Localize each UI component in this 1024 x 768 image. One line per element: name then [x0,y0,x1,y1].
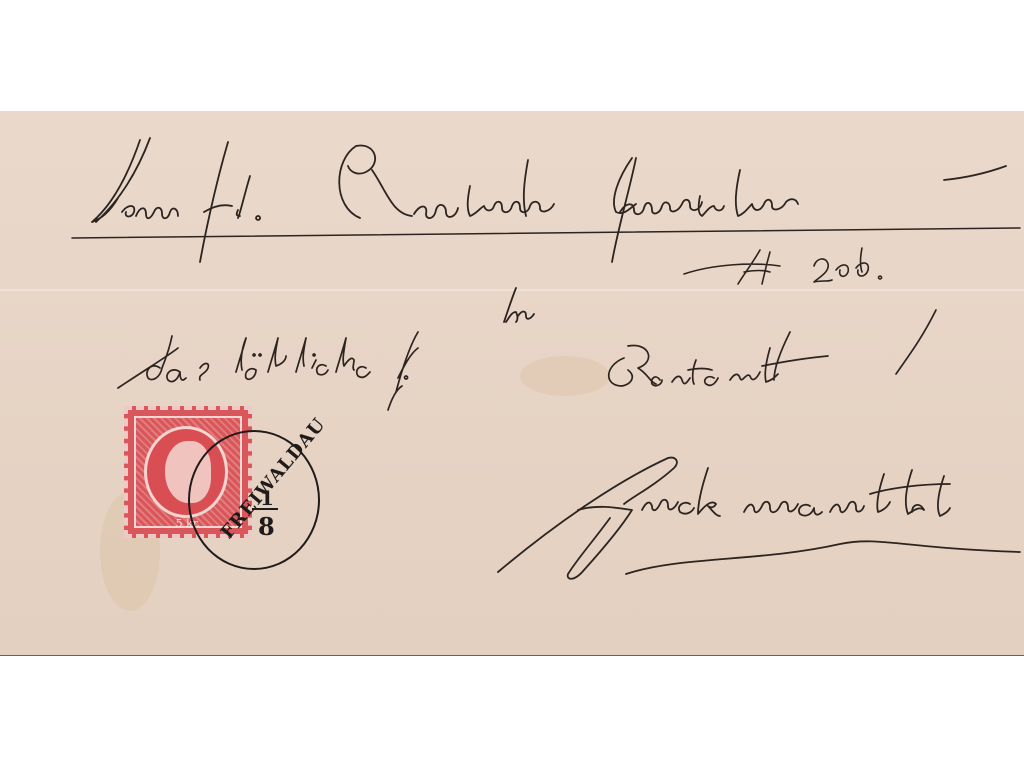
postmark: FREIWALDAU 1 8 [188,430,320,570]
postmark-month: 8 [258,512,275,541]
postmark-date-divider [252,508,278,510]
postmark-day: 1 [260,486,274,510]
